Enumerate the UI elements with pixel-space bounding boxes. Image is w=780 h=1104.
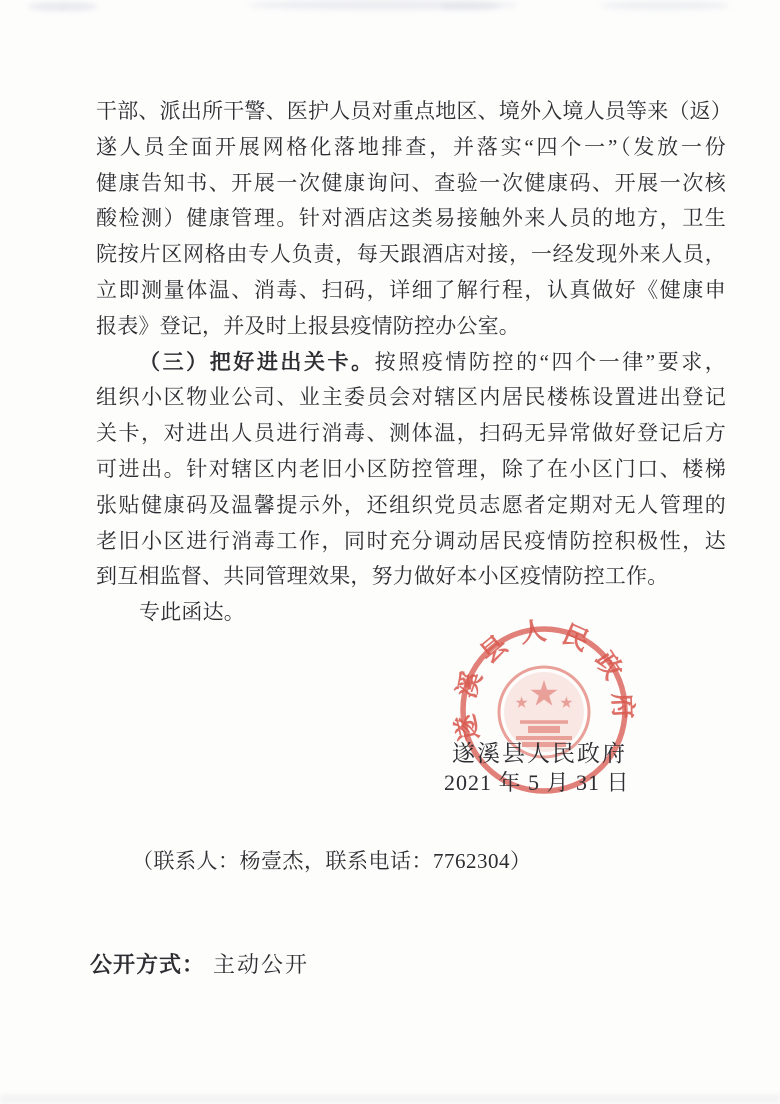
text-segment: 院按片区网格由专人负责，每天跟酒店对接，一经发现外来人员， — [96, 242, 726, 266]
text-line: 老旧小区进行消毒工作，同时充分调动居民疫情防控积极性，达 — [96, 524, 726, 560]
scan-artifact — [440, 3, 500, 10]
text-segment: 老旧小区进行消毒工作，同时充分调动居民疫情防控积极性，达 — [96, 529, 726, 553]
body-text: 干部、派出所干警、医护人员对重点地区、境外入境人员等来（返）遂人员全面开展网格化… — [96, 94, 726, 631]
disclosure-value: 主动公开 — [213, 952, 309, 977]
text-segment: 遂人员全面开展网格化落地排查，并落实“四个一”（发放一份 — [96, 135, 726, 159]
scan-artifact — [28, 2, 98, 11]
text-line: 健康告知书、开展一次健康询问、查验一次健康码、开展一次核 — [96, 166, 726, 202]
text-segment: 干部、派出所干警、医护人员对重点地区、境外入境人员等来（返） — [96, 99, 732, 123]
signature-date: 2021 年 5 月 31 日 — [444, 766, 630, 797]
text-segment: 可进出。针对辖区内老旧小区防控管理，除了在小区门口、楼梯 — [96, 457, 726, 481]
text-segment: 组织小区物业公司、业主委员会对辖区内居民楼栋设置进出登记 — [96, 385, 726, 409]
text-line: 立即测量体温、消毒、扫码，详细了解行程，认真做好《健康申 — [96, 273, 726, 309]
text-segment: 立即测量体温、消毒、扫码，详细了解行程，认真做好《健康申 — [96, 278, 726, 302]
scan-artifact — [600, 1, 730, 10]
text-segment: 到互相监督、共同管理效果，努力做好本小区疫情防控工作。 — [96, 564, 668, 588]
text-line: 酸检测）健康管理。针对酒店这类易接触外来人员的地方，卫生 — [96, 201, 726, 237]
text-line: 到互相监督、共同管理效果，努力做好本小区疫情防控工作。 — [96, 559, 726, 595]
disclosure-footer: 公开方式：主动公开 — [90, 948, 309, 979]
text-segment: 报表》登记，并及时上报县疫情防控办公室。 — [96, 314, 520, 338]
text-segment: 健康告知书、开展一次健康询问、查验一次健康码、开展一次核 — [96, 171, 726, 195]
text-line: 可进出。针对辖区内老旧小区防控管理，除了在小区门口、楼梯 — [96, 452, 726, 488]
text-segment: 关卡，对进出人员进行消毒、测体温，扫码无异常做好登记后方 — [96, 421, 726, 445]
disclosure-label: 公开方式： — [90, 952, 205, 977]
text-segment: 按照疫情防控的“四个一律”要求， — [375, 350, 726, 374]
text-line: 干部、派出所干警、医护人员对重点地区、境外入境人员等来（返） — [96, 94, 726, 130]
scan-artifact — [0, 1094, 780, 1104]
text-line: 张贴健康码及温馨提示外，还组织党员志愿者定期对无人管理的 — [96, 488, 726, 524]
text-segment: 专此函达。 — [139, 600, 245, 624]
text-line: 报表》登记，并及时上报县疫情防控办公室。 — [96, 309, 726, 345]
text-line: （三）把好进出关卡。按照疫情防控的“四个一律”要求， — [96, 345, 726, 381]
scan-artifact — [248, 0, 518, 10]
text-line: 关卡，对进出人员进行消毒、测体温，扫码无异常做好登记后方 — [96, 416, 726, 452]
bold-text-segment: （三）把好进出关卡。 — [139, 350, 375, 374]
contact-line: （联系人：杨壹杰，联系电话：7762304） — [132, 845, 532, 875]
text-segment: 酸检测）健康管理。针对酒店这类易接触外来人员的地方，卫生 — [96, 206, 726, 230]
text-segment: 张贴健康码及温馨提示外，还组织党员志愿者定期对无人管理的 — [96, 493, 726, 517]
text-line: 遂人员全面开展网格化落地排查，并落实“四个一”（发放一份 — [96, 130, 726, 166]
scanned-letter-page: 干部、派出所干警、医护人员对重点地区、境外入境人员等来（返）遂人员全面开展网格化… — [0, 0, 780, 1104]
text-line: 组织小区物业公司、业主委员会对辖区内居民楼栋设置进出登记 — [96, 380, 726, 416]
text-line: 院按片区网格由专人负责，每天跟酒店对接，一经发现外来人员， — [96, 237, 726, 273]
signature-issuer: 遂溪县人民政府 — [452, 735, 627, 768]
